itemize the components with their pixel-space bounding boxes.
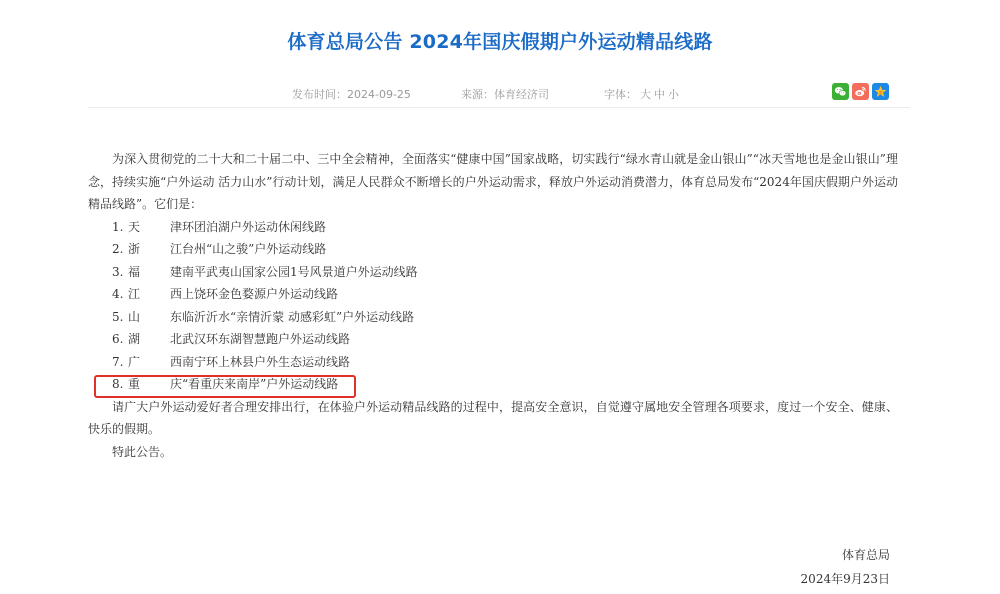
article-source: 来源：体育经济司	[461, 86, 549, 102]
font-size-label: 字体：	[604, 88, 637, 101]
route-name: 南宁环上林县户外生态运动线路	[182, 355, 350, 369]
route-name: 武汉环东湖智慧跑户外运动线路	[182, 332, 350, 346]
article-body: 为深入贯彻党的二十大和二十届二中、三中全会精神，全面落实“健康中国”国家战略，切…	[88, 148, 898, 463]
closing-paragraph: 请广大户外运动爱好者合理安排出行，在体验户外运动精品线路的过程中，提高安全意识，…	[88, 396, 898, 441]
route-item: 4.江西上饶环金色婺源户外运动线路	[88, 283, 898, 306]
route-name: 上饶环金色婺源户外运动线路	[182, 287, 338, 301]
source-value: 体育经济司	[494, 88, 549, 101]
publish-date-label: 发布时间：	[292, 88, 347, 101]
font-size-large-button[interactable]: 大	[640, 88, 651, 101]
wechat-icon	[834, 85, 847, 98]
publish-date-value: 2024-09-25	[347, 88, 411, 101]
share-qzone-button[interactable]	[872, 83, 889, 100]
route-item: 1.天津环团泊湖户外运动休闲线路	[88, 216, 898, 239]
font-size-small-button[interactable]: 小	[668, 88, 679, 101]
route-item: 7.广西南宁环上林县户外生态运动线路	[88, 351, 898, 374]
route-name: 南平武夷山国家公园1号风景道户外运动线路	[182, 265, 418, 279]
route-list: 1.天津环团泊湖户外运动休闲线路 2.浙江台州“山之骏”户外运动线路 3.福建南…	[88, 216, 898, 396]
route-item: 6.湖北武汉环东湖智慧跑户外运动线路	[88, 328, 898, 351]
notice-text: 特此公告。	[88, 441, 898, 464]
qzone-star-icon	[874, 85, 887, 98]
signature-org: 体育总局	[842, 546, 890, 563]
intro-paragraph: 为深入贯彻党的二十大和二十届二中、三中全会精神，全面落实“健康中国”国家战略，切…	[88, 148, 898, 216]
article-title: 体育总局公告 2024年国庆假期户外运动精品线路	[0, 27, 1000, 54]
share-wechat-button[interactable]	[832, 83, 849, 100]
font-size-medium-button[interactable]: 中	[654, 88, 665, 101]
signature-date: 2024年9月23日	[801, 570, 890, 587]
share-weibo-button[interactable]	[852, 83, 869, 100]
route-item: 2.浙江台州“山之骏”户外运动线路	[88, 238, 898, 261]
weibo-icon	[854, 85, 867, 98]
font-size-switcher: 字体：大中小	[604, 86, 679, 102]
route-item: 5.山东临沂沂水“亲情沂蒙 动感彩虹”户外运动线路	[88, 306, 898, 329]
header-divider	[88, 107, 910, 108]
route-item: 3.福建南平武夷山国家公园1号风景道户外运动线路	[88, 261, 898, 284]
route-item-highlighted: 8.重庆“看重庆来南岸”户外运动线路	[88, 373, 898, 396]
route-name: 环团泊湖户外运动休闲线路	[182, 220, 326, 234]
share-buttons	[832, 83, 889, 100]
source-label: 来源：	[461, 88, 494, 101]
publish-date: 发布时间：2024-09-25	[292, 86, 411, 102]
route-name: “看重庆来南岸”户外运动线路	[182, 377, 338, 391]
route-name: 临沂沂水“亲情沂蒙 动感彩虹”户外运动线路	[182, 310, 414, 324]
route-name: 台州“山之骏”户外运动线路	[182, 242, 326, 256]
